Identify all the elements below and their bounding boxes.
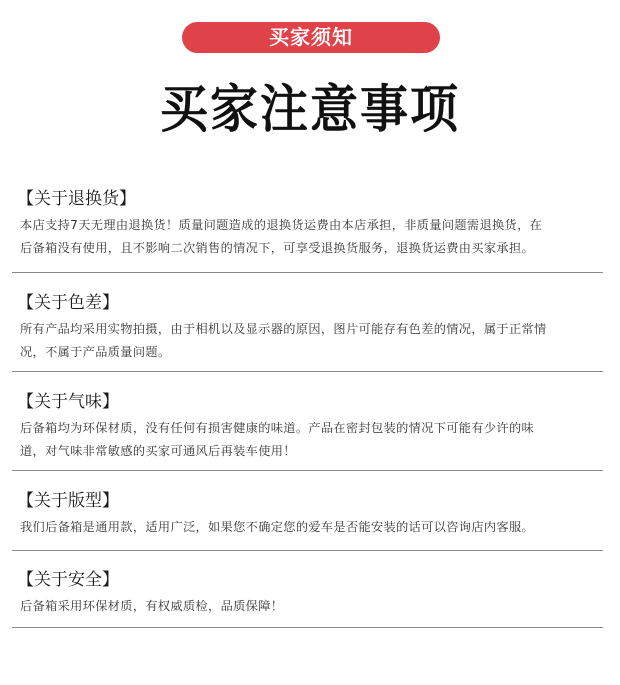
section-body: 后备箱采用环保材质，有权威质检，品质保障！	[20, 595, 610, 618]
section-title: 【关于气味】	[17, 391, 610, 413]
section-title: 【关于安全】	[17, 569, 610, 591]
divider	[12, 272, 603, 273]
body-line: 本店支持7天无理由退换货！质量问题造成的退换货运费由本店承担，非质量问题需退换货…	[20, 214, 610, 237]
section-title: 【关于色差】	[17, 292, 610, 314]
divider	[12, 550, 603, 551]
section-returns: 【关于退换货】 本店支持7天无理由退换货！质量问题造成的退换货运费由本店承担，非…	[20, 188, 610, 260]
page-title: 买家注意事项	[160, 72, 460, 148]
divider	[12, 627, 603, 628]
section-body: 本店支持7天无理由退换货！质量问题造成的退换货运费由本店承担，非质量问题需退换货…	[20, 214, 610, 260]
buyer-notice-badge: 买家须知	[182, 22, 440, 53]
section-title: 【关于版型】	[17, 490, 610, 512]
section-safety: 【关于安全】 后备箱采用环保材质，有权威质检，品质保障！	[20, 569, 610, 618]
body-line: 我们后备箱是通用款，适用广泛，如果您不确定您的爱车是否能安装的话可以咨询店内客服…	[20, 516, 610, 539]
divider	[12, 371, 603, 372]
section-odor: 【关于气味】 后备箱均为环保材质，没有任何有损害健康的味道。产品在密封包装的情况…	[20, 391, 610, 463]
body-line: 所有产品均采用实物拍摄，由于相机以及显示器的原因，图片可能存有色差的情况，属于正…	[20, 318, 610, 341]
divider	[12, 470, 603, 471]
body-line: 后备箱采用环保材质，有权威质检，品质保障！	[20, 595, 610, 618]
body-line: 后备箱没有使用，且不影响二次销售的情况下，可享受退换货服务，退换货运费由买家承担…	[20, 237, 610, 260]
body-line: 道，对气味非常敏感的买家可通风后再装车使用！	[20, 440, 610, 463]
section-title: 【关于退换货】	[17, 188, 610, 210]
section-body: 我们后备箱是通用款，适用广泛，如果您不确定您的爱车是否能安装的话可以咨询店内客服…	[20, 516, 610, 539]
body-line: 后备箱均为环保材质，没有任何有损害健康的味道。产品在密封包装的情况下可能有少许的…	[20, 417, 610, 440]
section-body: 后备箱均为环保材质，没有任何有损害健康的味道。产品在密封包装的情况下可能有少许的…	[20, 417, 610, 463]
section-color-difference: 【关于色差】 所有产品均采用实物拍摄，由于相机以及显示器的原因，图片可能存有色差…	[20, 292, 610, 364]
section-fit: 【关于版型】 我们后备箱是通用款，适用广泛，如果您不确定您的爱车是否能安装的话可…	[20, 490, 610, 539]
section-body: 所有产品均采用实物拍摄，由于相机以及显示器的原因，图片可能存有色差的情况，属于正…	[20, 318, 610, 364]
body-line: 况，不属于产品质量问题。	[20, 341, 610, 364]
